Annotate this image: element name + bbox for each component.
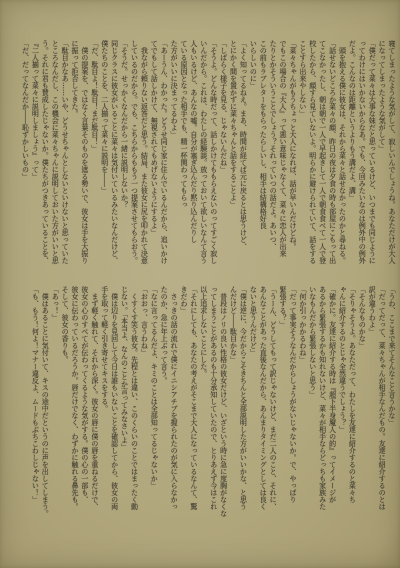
text-line: 僕はあることに気付いて、キスの途中だというのに声を出してしまう。 [39, 286, 49, 520]
text-line: 「そんなものかな」 [356, 286, 366, 520]
text-line: 「うわ、ここまで来てそんなこと言うかな」 [386, 286, 396, 520]
text-line: 手を取って軽く引き寄せてキスをする。 [99, 286, 109, 520]
text-line: 「しばらく様子を見る、じゃないんだね」 [218, 40, 228, 268]
text-line: 「だ、だってなんだか――恥ずかしいもの」 [20, 40, 30, 268]
text-line: 「あーうん、わかった。どうせ同じ家に住んでいるんだから、追いかけ [158, 40, 168, 268]
text-line: 人もいるけど、あんなの嘘。自分が塞ぎ込んだり黙り込んだりし [188, 40, 198, 268]
text-line: ってわけにはいかないからなあ。でも、今回みたいなのは例外中の例外 [356, 40, 366, 268]
text-line: 僕たちのことを、二人揃って菜々に説明を――」 [99, 40, 109, 268]
text-line: 「そりゃそうよ。あなただって、わたしを友達に紹介するのと菜々ち [346, 286, 356, 520]
text-line: 僕は辺りを見回して今日は誰もいないことを確認してから、彼女の両 [109, 286, 119, 520]
text-line: 「だってだって、菜々ちゃんが相手なんだもの。友達に紹介するのとは [376, 286, 386, 520]
text-line: しているのだから。でも、こちらからももう一つ提案させてもらおう。 [129, 40, 139, 268]
text-line: たりとかそういうことでしょう？それっていつの話だよ。あいつ、 [267, 40, 277, 268]
text-line: 「駄目かなあ……いや、どうせちゃんとしないといけないと思っていた [59, 40, 69, 268]
text-line: 「あっ！」 [49, 286, 59, 520]
text-line: 「おおっ、言うわね」 [138, 286, 148, 520]
text-line: くすくす笑う彼女。先程とは違い、このくらいのことではまったく動 [129, 286, 139, 520]
text-line: ている原因となった相手でも、精一杯関わってもらっ [178, 40, 188, 268]
text-line: 「何か引っかかるわね」 [297, 286, 307, 520]
text-line: 「も、もう！何よ！マナー違反よ、ムードもぶちこわしじゃない！」 [29, 286, 39, 520]
text-line: んだけど――駄目かな」 [228, 286, 238, 520]
text-line: この前もラブレターをもらったらしいし、相手は結構格好良 [257, 40, 267, 268]
text-line: とにかく間を置かずに菜々ちゃんと話をすることよ」 [228, 40, 238, 268]
text-line: た方がいいに決まってるわよ」 [168, 40, 178, 268]
text-line: そして、彼女の香りも。 [59, 286, 69, 520]
text-line: 我ながら頼りない返答だと思う。結局、また彼女に尻を叩かれて決意 [138, 40, 148, 268]
text-line: 「なに言ってるんだよ、キミのことは全部知ってるじゃないか」 [148, 286, 158, 520]
text-line: 緊張する？」 [277, 286, 287, 520]
text-line: 訳が違うわよ」 [366, 286, 376, 520]
text-line: ってしまうことがあるのも十分承知していたので、とりあえず今はこれ [208, 286, 218, 520]
text-line: 「菜々ちゃんがもうちょっと大人になれば、話が早いんだけどね。 [287, 40, 297, 268]
text-line: ないと思うんだけど」 [247, 286, 257, 520]
text-line: 寝てしまったような気がして、寂しいんでしょうね。あなただけが大人 [386, 40, 396, 268]
text-line: いらしいのに」 [247, 40, 257, 268]
text-line: あんなことがあった直後なんだから、あんまりタイミングとしては良く [257, 286, 267, 520]
text-line: 「僕は逆に、今だからこそきちんと全部説明した方がいいかな、と思う [238, 286, 248, 520]
text-line: たのか、急に年上ぶって言う。 [158, 286, 168, 520]
text-line: てでもして話しかけて、無視されてもめげないようにするよ」 [148, 40, 158, 268]
text-line: う。それに君も賛成したじゃないか。僕たちがつきあっていることを、 [39, 40, 49, 268]
bottom-text-block: 「うわ、ここまで来てそんなこと言うかな」「だってだって、菜々ちゃんが相手なんだも… [29, 286, 396, 520]
text-line: 同じクラスに彼女がいることに菜々は気付いているみたいなんだけど、 [109, 40, 119, 268]
text-line: 「だって事実そうなんだからしょうがないじゃないか。で、やっぱり [287, 286, 297, 520]
text-line: いなもんだから緊張しないと思う」 [307, 286, 317, 520]
text-line: 僕の提案を、ではなく言葉そのものを遮る勢いで、彼女は手を大振り [79, 40, 89, 268]
text-line: ところなんだし、この機会に菜々ちゃんに説明しておいた方がいいと思 [49, 40, 59, 268]
text-line: あるから緊張するかも知れないけど、菜々が相手ならどっちも家族みた [317, 286, 327, 520]
text-line: 『二人揃って菜々に説明しましょう』って」 [29, 40, 39, 268]
text-line: 以上追求しないことにした。 [198, 286, 208, 520]
text-line: 「うーん、どうしてもって訳じゃないけど、まだ二人のこと、それに、 [267, 286, 277, 520]
text-line: 「だ、駄目よ！駄目！まだ駄目！」 [89, 40, 99, 268]
text-line: に振って拒否してきた。 [69, 40, 79, 268]
text-line: さっきの話の流れで僕にイニシアチブを握られたのが気に入らなかっ [168, 286, 178, 520]
text-line: ゃんに紹介するのとじゃ全然違うでしょう？」 [337, 286, 347, 520]
top-text-block: 寝てしまったような気がして、寂しいんでしょうね。あなただけが大人になってしまった… [20, 40, 396, 268]
text-line: 「よく知ってるねえ。まあ、時間が経てば元に戻るとは思うけど、 [238, 40, 248, 268]
text-line: ことすら出来やしない」 [297, 40, 307, 268]
text-line: まず軽く触れて、それから深く。彼女の唇に僕の唇を重ねるだけで、 [89, 286, 99, 520]
text-line: いんだから。これは、わたしの経験談。放っておいて欲しいなんて言う [198, 40, 208, 268]
text-line: 「それにしても、あなたの考えがそこまで大人になっているなんて、驚 [188, 286, 198, 520]
text-line: てこなかったし、朝は朝で一人で早起きして一人で朝食食べて一人で登 [317, 40, 327, 268]
text-line: 「僕だって菜々は大事な妹だと思っているけど、いつまでも同じように [366, 40, 376, 268]
text-line: きだわ」 [178, 286, 188, 520]
text-line: でもこの場合の『大人』って悪い意味じゃなくて、菜々に恋人が出来 [277, 40, 287, 268]
text-line: だよ。こんなのは距離というよりもう溝だよ、溝」 [346, 40, 356, 268]
text-line: 彼女の心のすべてが伝わってくるような気がする。僕の心の一部も、 [79, 286, 89, 520]
text-line: 「確かに。友達に紹介する時は『超下半身魔人の的』ってイメージが [327, 286, 337, 520]
text-line: になってしまったような気がして」 [376, 40, 386, 268]
text-line: 校したから、顔すら見ていないよ。明らかに避けられていて、話をする [307, 40, 317, 268]
text-line: 彼女に伝わっているだろうか。唇だけでなく、わずかに触れる鼻先も。 [69, 286, 79, 520]
text-line: じない。「本当よ、なんのことか言ってみなさいよ」 [119, 286, 129, 520]
text-line: 普段はノリの良い性格の彼女だけど、いざという時に急に度胸がなくな [218, 286, 228, 520]
text-line: 「話せないどころか菜々の顔、昨日の夜は夕食の時も部屋にこもって出 [327, 40, 337, 268]
text-line: 頭を抱える僕に彼女は、それから菜々と話せなかったのかと尋ねる。 [337, 40, 347, 268]
text-line: 「そうだ。せっかくなんだから一緒に説明しないか？ [119, 40, 129, 268]
text-line: 「そうよ。どんな時だって、話しかけてももらえないのってすごく寂し [208, 40, 218, 268]
